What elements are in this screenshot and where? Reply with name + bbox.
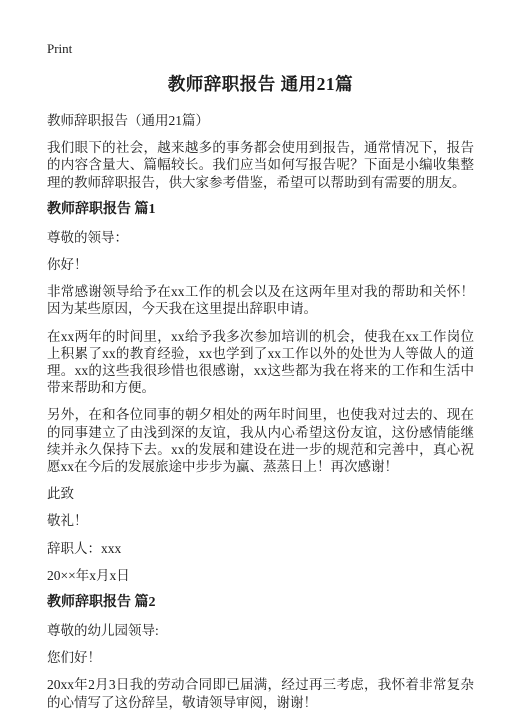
paragraph: 我们眼下的社会，越来越多的事务都会使用到报告，通常情况下，报告的内容含量大、篇幅…: [47, 139, 474, 191]
paragraph: 尊敬的幼儿园领导:: [47, 622, 474, 639]
section-heading: 教师辞职报告 篇2: [47, 594, 474, 612]
print-link[interactable]: Print: [47, 42, 72, 56]
paragraph: 教师辞职报告（通用21篇）: [47, 112, 474, 129]
paragraph: 非常感谢领导给予在xx工作的机会以及在这两年里对我的帮助和关怀！因为某些原因，今…: [47, 283, 474, 317]
document-title: 教师辞职报告 通用21篇: [47, 71, 474, 96]
paragraph: 辞职人：xxx: [47, 540, 474, 557]
paragraph: 此致: [47, 485, 474, 502]
document-page: Print 教师辞职报告 通用21篇 教师辞职报告（通用21篇） 我们眼下的社会…: [0, 0, 520, 718]
paragraph: 20xx年2月3日我的劳动合同即已届满，经过再三考虑，我怀着非常复杂的心情写了这…: [47, 676, 474, 710]
paragraph: 您们好！: [47, 649, 474, 666]
document-body: 教师辞职报告（通用21篇） 我们眼下的社会，越来越多的事务都会使用到报告，通常情…: [47, 112, 474, 711]
paragraph: 在xx两年的时间里，xx给予我多次参加培训的机会，使我在xx工作岗位上积累了xx…: [47, 328, 474, 397]
section-heading: 教师辞职报告 篇1: [47, 201, 474, 219]
paragraph: 你好！: [47, 256, 474, 273]
paragraph: 敬礼！: [47, 512, 474, 529]
paragraph: 20××年x月x日: [47, 567, 474, 584]
paragraph: 另外，在和各位同事的朝夕相处的两年时间里，也使我对过去的、现在的同事建立了由浅到…: [47, 406, 474, 475]
paragraph: 尊敬的领导：: [47, 229, 474, 246]
